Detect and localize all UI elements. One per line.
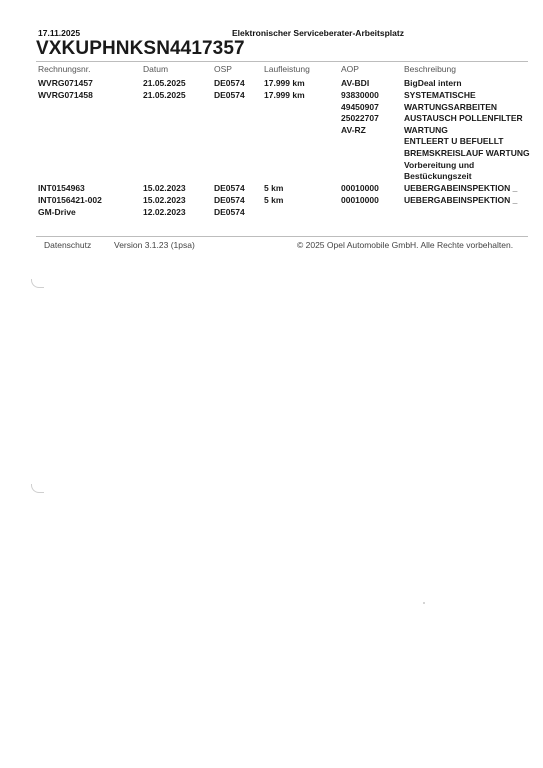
- divider-bottom: [36, 236, 528, 237]
- description-line: BREMSKREISLAUF WARTUNG: [404, 148, 530, 160]
- invoice-date: 15.02.2023: [143, 195, 186, 205]
- aop-codes: 00010000: [341, 183, 379, 195]
- aop-code: AV-RZ: [341, 125, 379, 137]
- mileage: 17.999 km: [264, 90, 305, 100]
- mileage: 17.999 km: [264, 78, 305, 88]
- col-header-osp: OSP: [214, 64, 232, 74]
- mileage: 5 km: [264, 183, 283, 193]
- osp-code: DE0574: [214, 195, 245, 205]
- description-line: ENTLEERT U BEFUELLT: [404, 136, 530, 148]
- description: UEBERGABEINSPEKTION _: [404, 195, 517, 207]
- osp-code: DE0574: [214, 90, 245, 100]
- copyright-text: © 2025 Opel Automobile GmbH. Alle Rechte…: [297, 240, 513, 250]
- aop-code: 93830000: [341, 90, 379, 102]
- description: UEBERGABEINSPEKTION _: [404, 183, 517, 195]
- aop-code: AV-BDI: [341, 78, 369, 90]
- invoice-date: 15.02.2023: [143, 183, 186, 193]
- description-line: UEBERGABEINSPEKTION _: [404, 195, 517, 207]
- invoice-date: 12.02.2023: [143, 207, 186, 217]
- invoice-number: WVRG071457: [38, 78, 93, 88]
- col-header-invoice: Rechnungsnr.: [38, 64, 90, 74]
- table-row: WVRG071458 21.05.2025 DE0574 17.999 km 9…: [38, 90, 528, 183]
- invoice-date: 21.05.2025: [143, 90, 186, 100]
- divider-top: [36, 61, 528, 62]
- privacy-link[interactable]: Datenschutz: [44, 240, 91, 250]
- description-line: BigDeal intern: [404, 78, 462, 90]
- aop-code: 00010000: [341, 195, 379, 207]
- aop-code: 49450907: [341, 102, 379, 114]
- aop-codes: AV-BDI: [341, 78, 369, 90]
- osp-code: DE0574: [214, 183, 245, 193]
- print-date: 17.11.2025: [38, 28, 80, 38]
- invoice-date: 21.05.2025: [143, 78, 186, 88]
- osp-code: DE0574: [214, 207, 245, 217]
- description-line: WARTUNG: [404, 125, 530, 137]
- version-text: Version 3.1.23 (1psa): [114, 240, 195, 250]
- app-title: Elektronischer Serviceberater-Arbeitspla…: [232, 28, 404, 38]
- table-row: INT0156421-002 15.02.2023 DE0574 5 km 00…: [38, 195, 528, 207]
- description-line: WARTUNGSARBEITEN: [404, 102, 530, 114]
- table-row: GM-Drive 12.02.2023 DE0574: [38, 207, 528, 219]
- aop-codes: 93830000 49450907 25022707 AV-RZ: [341, 90, 379, 136]
- mileage: 5 km: [264, 195, 283, 205]
- col-header-mileage: Laufleistung: [264, 64, 310, 74]
- table-row: INT0154963 15.02.2023 DE0574 5 km 000100…: [38, 183, 528, 195]
- description-line: Vorbereitung und: [404, 160, 530, 172]
- scan-artifact: [423, 602, 425, 604]
- invoice-number: WVRG071458: [38, 90, 93, 100]
- invoice-number: INT0156421-002: [38, 195, 102, 205]
- aop-code: 25022707: [341, 113, 379, 125]
- description-line: AUSTAUSCH POLLENFILTER: [404, 113, 530, 125]
- description-line: Bestückungszeit: [404, 171, 530, 183]
- scan-artifact: [31, 279, 44, 288]
- description-line: UEBERGABEINSPEKTION _: [404, 183, 517, 195]
- invoice-number: GM-Drive: [38, 207, 76, 217]
- col-header-aop: AOP: [341, 64, 359, 74]
- col-header-description: Beschreibung: [404, 64, 456, 74]
- table-header: Rechnungsnr. Datum OSP Laufleistung AOP …: [38, 64, 528, 78]
- invoice-number: INT0154963: [38, 183, 85, 193]
- description: SYSTEMATISCHE WARTUNGSARBEITEN AUSTAUSCH…: [404, 90, 530, 183]
- col-header-date: Datum: [143, 64, 168, 74]
- scan-artifact: [31, 484, 44, 493]
- description: BigDeal intern: [404, 78, 462, 90]
- table-row: WVRG071457 21.05.2025 DE0574 17.999 km A…: [38, 78, 528, 90]
- printed-page: 17.11.2025 Elektronischer Serviceberater…: [0, 0, 543, 768]
- description-line: SYSTEMATISCHE: [404, 90, 530, 102]
- osp-code: DE0574: [214, 78, 245, 88]
- vehicle-vin: VXKUPHNKSN4417357: [36, 38, 245, 60]
- service-history-table: Rechnungsnr. Datum OSP Laufleistung AOP …: [38, 64, 528, 219]
- aop-codes: 00010000: [341, 195, 379, 207]
- aop-code: 00010000: [341, 183, 379, 195]
